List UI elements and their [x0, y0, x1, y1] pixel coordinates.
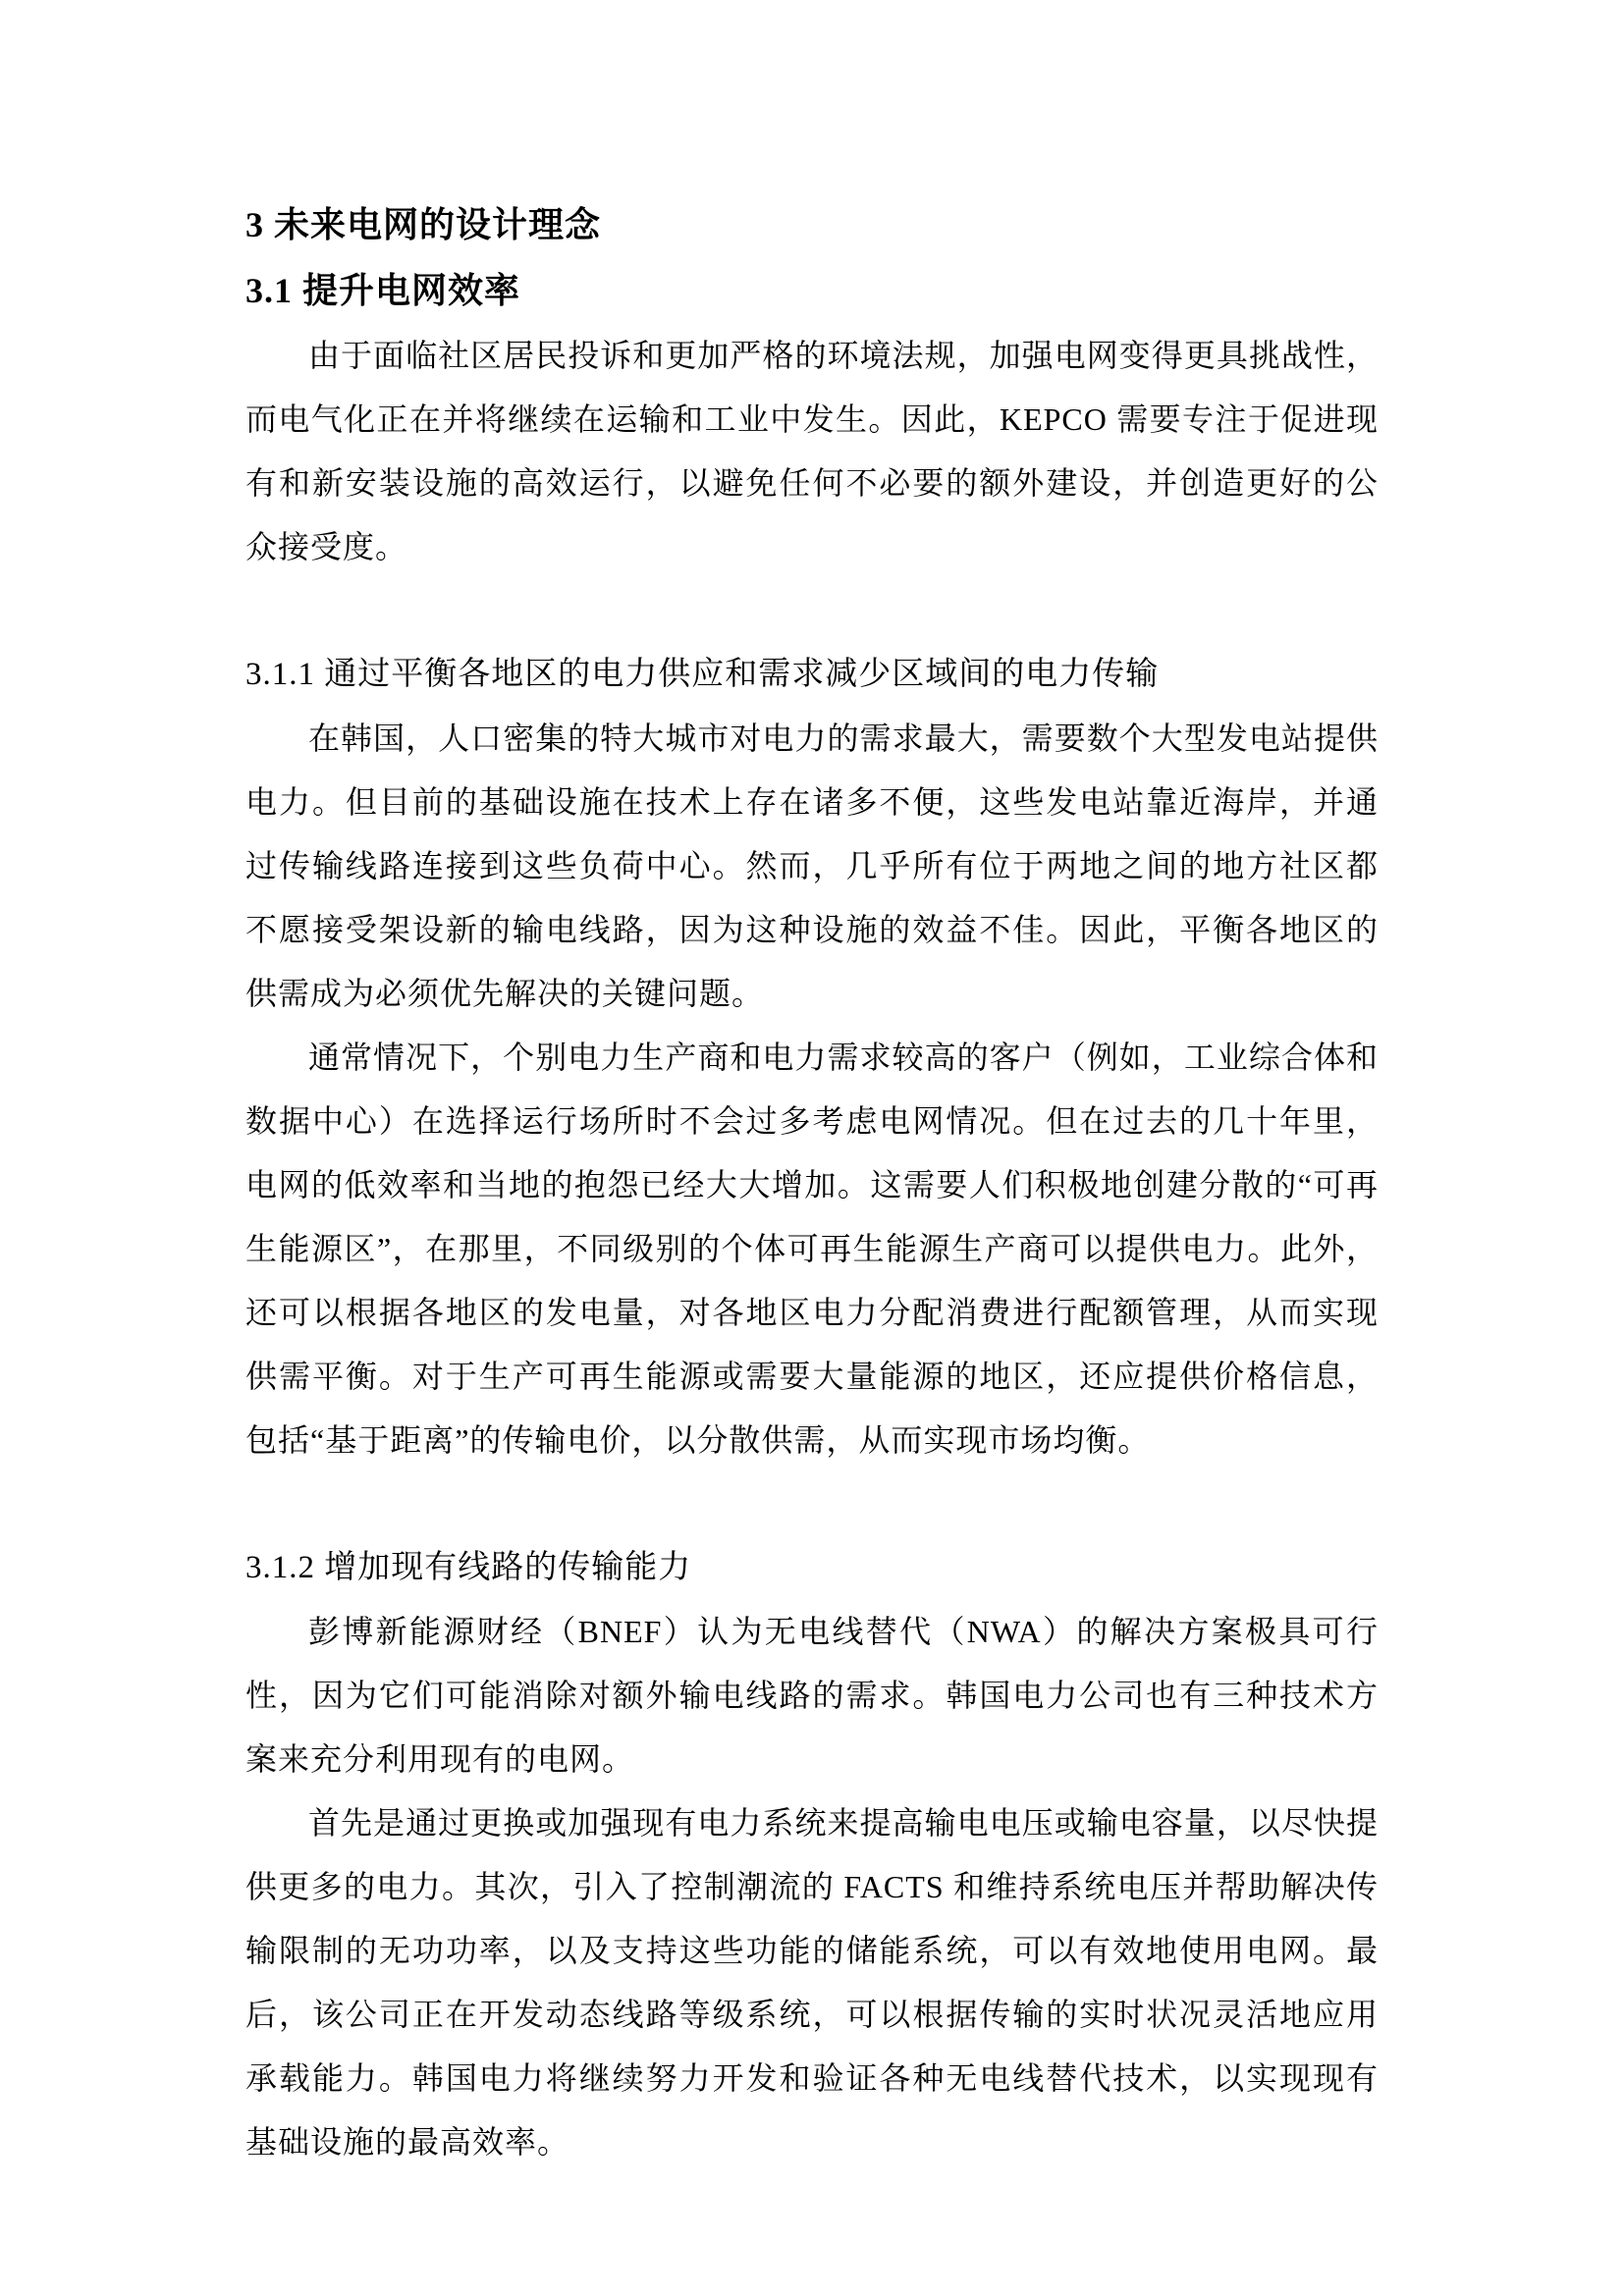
subsection-heading-312: 3.1.2 增加现有线路的传输能力 — [245, 1536, 1379, 1600]
document-page: 3 未来电网的设计理念 3.1 提升电网效率 由于面临社区居民投诉和更加严格的环… — [0, 0, 1624, 2296]
chapter-heading: 3 未来电网的设计理念 — [245, 192, 1379, 258]
subsection-312-paragraph-1: 彭博新能源财经（BNEF）认为无电线替代（NWA）的解决方案极具可行性，因为它们… — [245, 1600, 1379, 1791]
section-heading: 3.1 提升电网效率 — [245, 258, 1379, 324]
subsection-311-paragraph-2: 通常情况下，个别电力生产商和电力需求较高的客户（例如，工业综合体和数据中心）在选… — [245, 1026, 1379, 1472]
section-intro-paragraph: 由于面临社区居民投诉和更加严格的环境法规，加强电网变得更具挑战性，而电气化正在并… — [245, 324, 1379, 579]
subsection-312-paragraph-2: 首先是通过更换或加强现有电力系统来提高输电电压或输电容量，以尽快提供更多的电力。… — [245, 1791, 1379, 2174]
subsection-heading-311: 3.1.1 通过平衡各地区的电力供应和需求减少区域间的电力传输 — [245, 643, 1379, 707]
document-content: 3 未来电网的设计理念 3.1 提升电网效率 由于面临社区居民投诉和更加严格的环… — [0, 0, 1624, 2174]
subsection-311-paragraph-1: 在韩国，人口密集的特大城市对电力的需求最大，需要数个大型发电站提供电力。但目前的… — [245, 707, 1379, 1026]
